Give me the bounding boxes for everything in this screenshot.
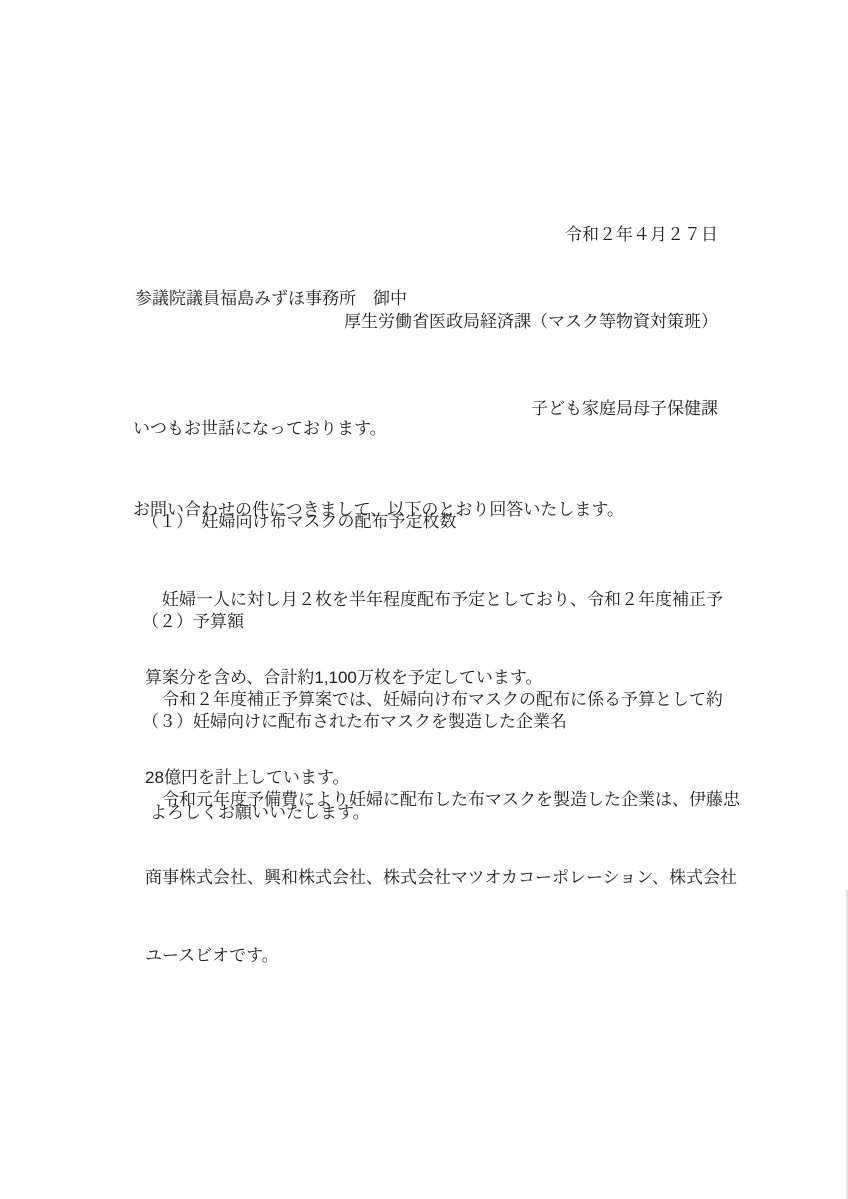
scanned-letter-page: 令和２年４月２７日 厚生労働省医政局経済課（マスク等物資対策班） 子ども家庭局母… xyxy=(0,0,848,1199)
greeting-line: いつもお世話になっております。 xyxy=(133,415,624,442)
section-heading: （１） 妊婦向け布マスクの配布予定枚数 xyxy=(133,509,723,535)
section-heading: （３）妊婦向けに配布された布マスクを製造した企業名 xyxy=(133,709,740,735)
date-line: 令和２年４月２７日 xyxy=(344,220,718,249)
section-3: （３）妊婦向けに配布された布マスクを製造した企業名 令和元年度予備費により妊婦に… xyxy=(133,657,740,1021)
addressee-line: 参議院議員福島みずほ事務所 御中 xyxy=(135,287,407,311)
sender-org-line: 厚生労働省医政局経済課（マスク等物資対策班） xyxy=(344,307,718,336)
section-heading: （２）予算額 xyxy=(133,609,723,635)
closing-line: よろしくお願いいたします。 xyxy=(150,801,370,825)
section-body-line: ユースビオです。 xyxy=(133,943,740,969)
section-body-line: 商事株式会社、興和株式会社、株式会社マツオカコーポレーション、株式会社 xyxy=(133,865,740,891)
